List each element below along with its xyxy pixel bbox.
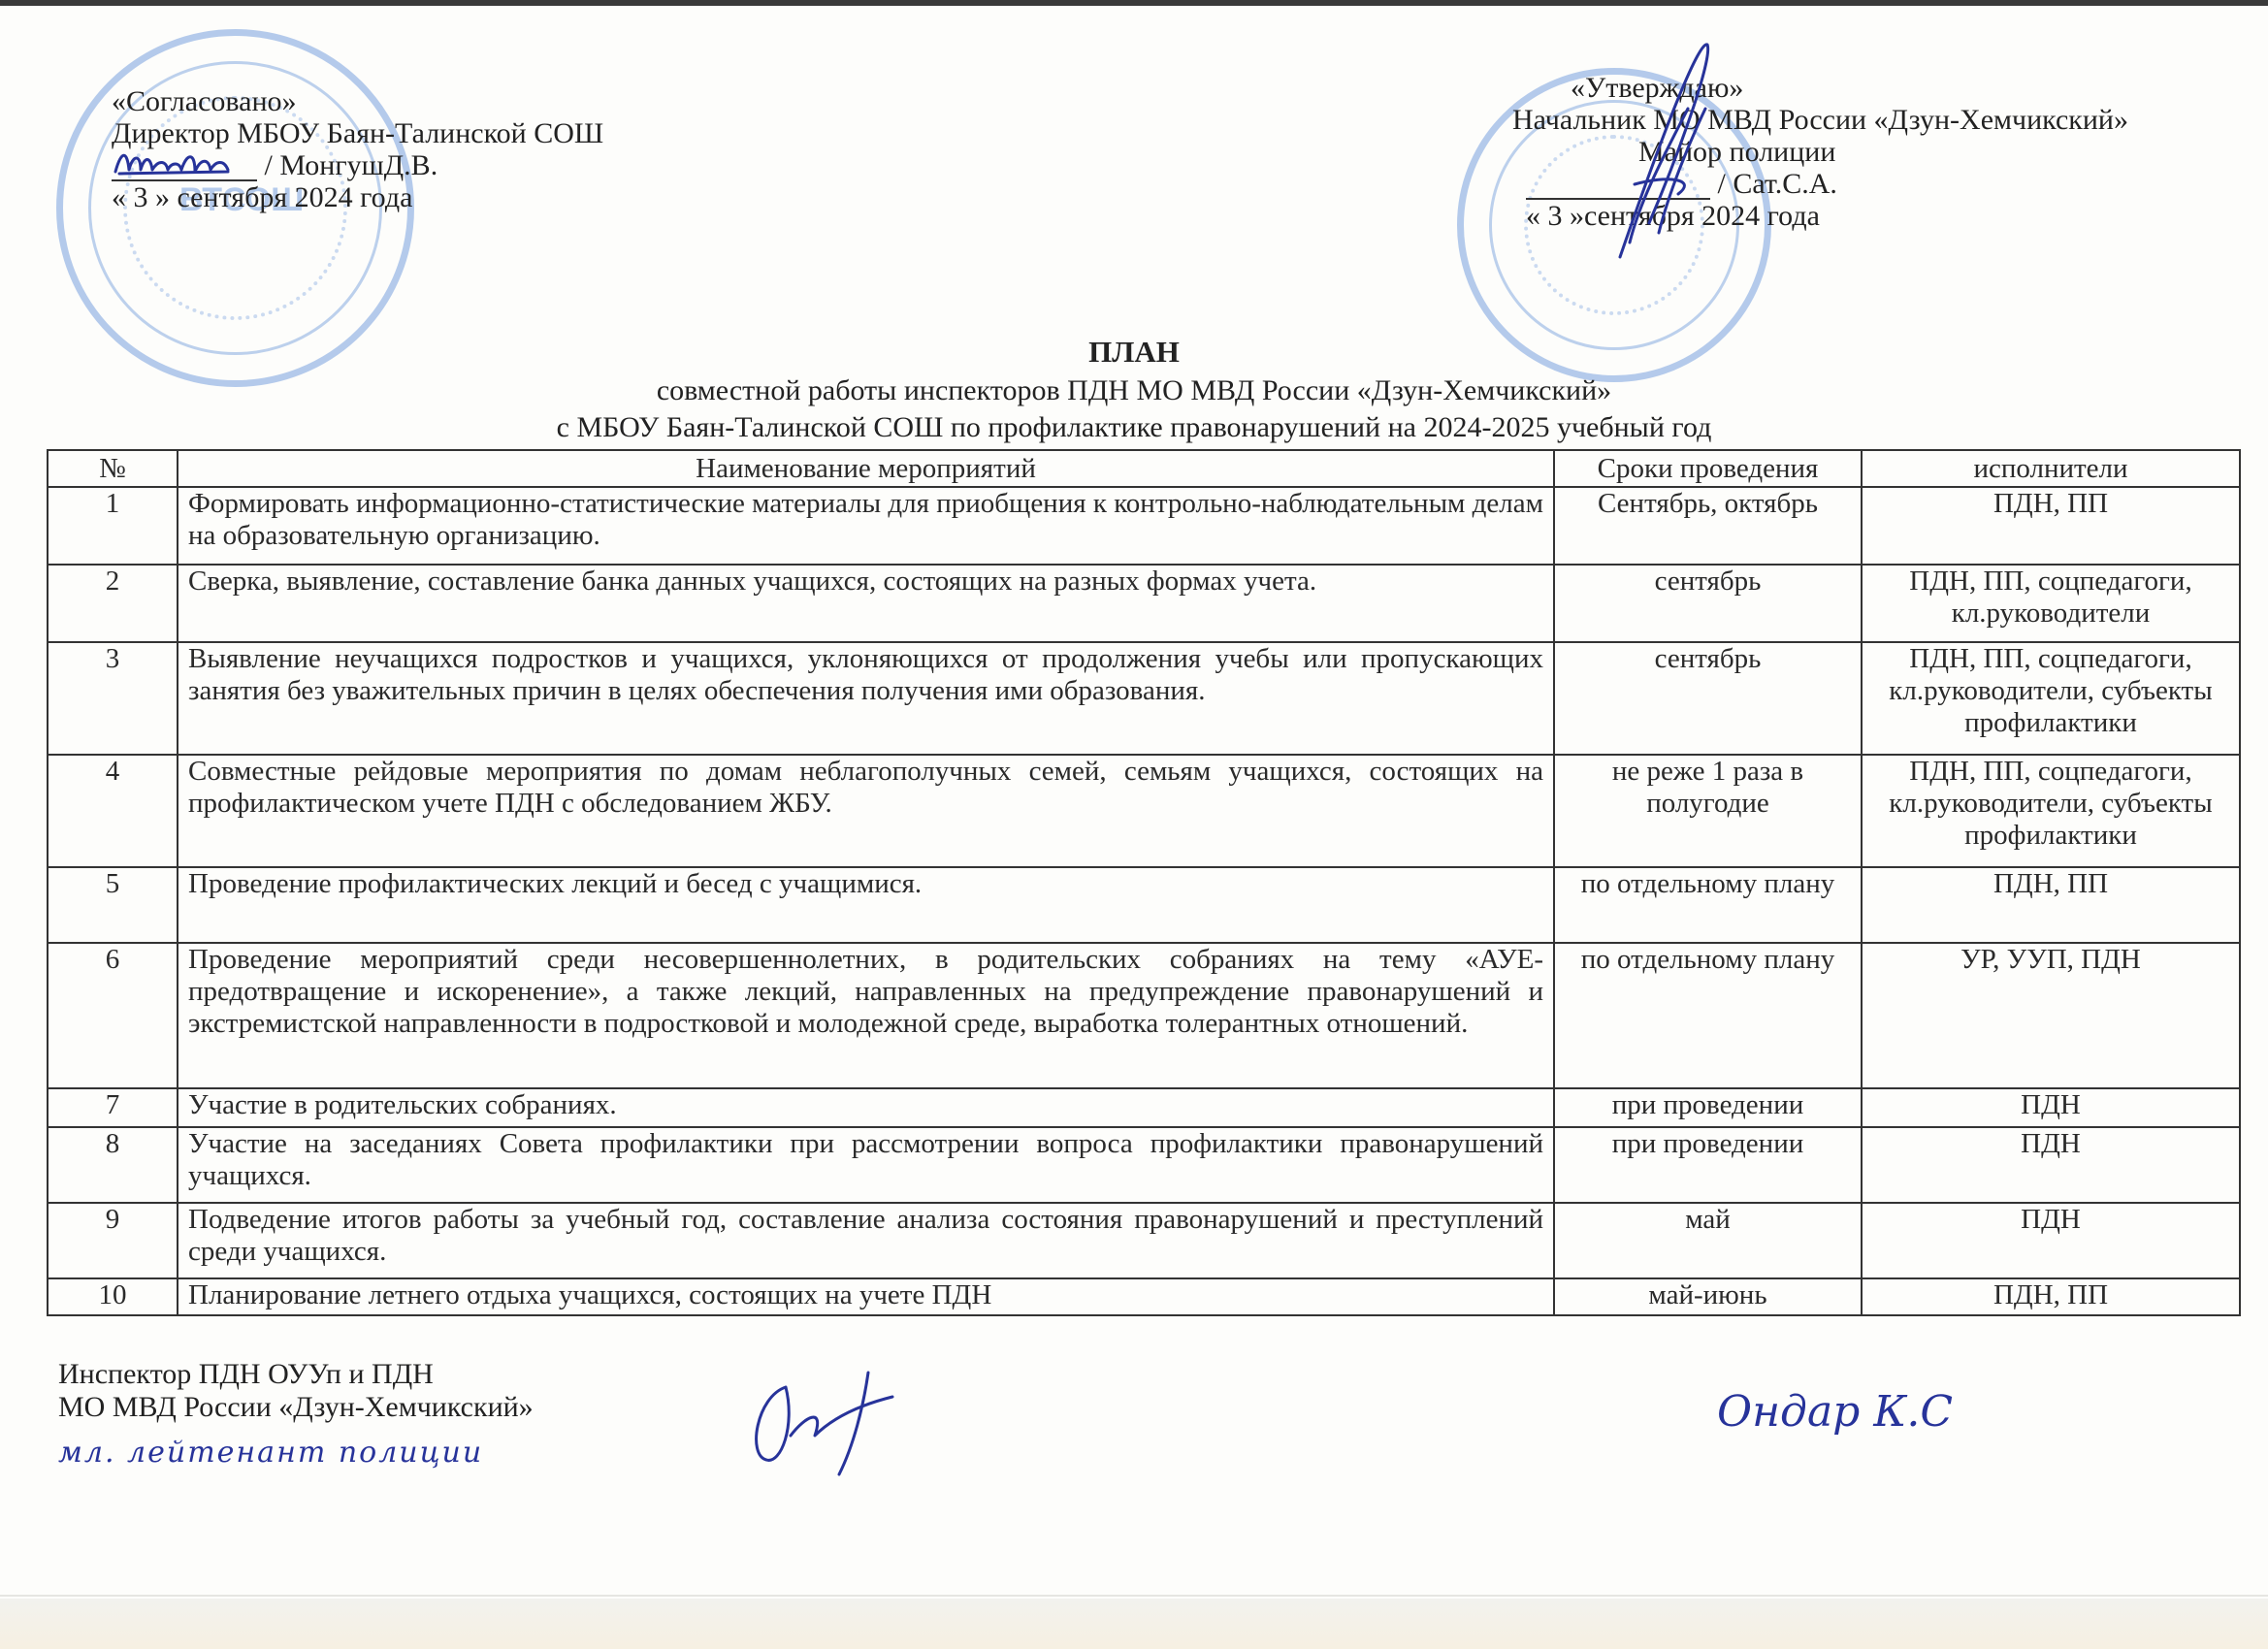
row-name: Планирование летнего отдыха учащихся, со… bbox=[178, 1278, 1554, 1315]
document-title: ПЛАН bbox=[0, 335, 2268, 370]
row-num: 8 bbox=[48, 1127, 178, 1203]
table-row: 1 Формировать информационно-статистическ… bbox=[48, 487, 2240, 565]
table-header-row: № Наименование мероприятий Сроки проведе… bbox=[48, 450, 2240, 487]
scan-fold-line bbox=[0, 1595, 2268, 1597]
row-performers: ПДН, ПП, соцпедагоги, кл.руководители bbox=[1862, 565, 2240, 642]
document-subtitle-line1: совместной работы инспекторов ПДН МО МВД… bbox=[0, 374, 2268, 407]
row-name: Выявление неучащихся подростков и учащих… bbox=[178, 642, 1554, 755]
table-row: 2 Сверка, выявление, составление банка д… bbox=[48, 565, 2240, 642]
handwritten-name: Ондар К.С bbox=[1717, 1387, 1953, 1437]
row-num: 1 bbox=[48, 487, 178, 565]
header-date: Сроки проведения bbox=[1554, 450, 1862, 487]
row-date: при проведении bbox=[1554, 1127, 1862, 1203]
row-num: 2 bbox=[48, 565, 178, 642]
row-performers: ПДН bbox=[1862, 1203, 2240, 1278]
approval-left-date: « 3 » сентября 2024 года bbox=[112, 181, 603, 213]
table-row: 9 Подведение итогов работы за учебный го… bbox=[48, 1203, 2240, 1278]
table-row: 5 Проведение профилактических лекций и б… bbox=[48, 867, 2240, 943]
row-performers: ПДН, ПП, соцпедагоги, кл.руководители, с… bbox=[1862, 755, 2240, 867]
row-num: 5 bbox=[48, 867, 178, 943]
row-name: Формировать информационно-статистические… bbox=[178, 487, 1554, 565]
row-date: май bbox=[1554, 1203, 1862, 1278]
row-date: май-июнь bbox=[1554, 1278, 1862, 1315]
table-row: 6 Проведение мероприятий среди несоверше… bbox=[48, 943, 2240, 1088]
row-num: 7 bbox=[48, 1088, 178, 1127]
approval-left-block: «Согласовано» Директор МБОУ Баян-Талинск… bbox=[112, 85, 603, 213]
plan-table: № Наименование мероприятий Сроки проведе… bbox=[47, 449, 2241, 1316]
row-date: по отдельному плану bbox=[1554, 943, 1862, 1088]
footer-inspector-block: Инспектор ПДН ОУУп и ПДН МО МВД России «… bbox=[58, 1358, 534, 1424]
approval-left-heading: «Согласовано» bbox=[112, 85, 603, 117]
row-performers: ПДН bbox=[1862, 1088, 2240, 1127]
row-performers: ПДН, ПП bbox=[1862, 487, 2240, 565]
row-name: Подведение итогов работы за учебный год,… bbox=[178, 1203, 1554, 1278]
scan-edge-top bbox=[0, 0, 2268, 6]
document-subtitle-line2: с МБОУ Баян-Талинской СОШ по профилактик… bbox=[0, 411, 2268, 444]
row-num: 3 bbox=[48, 642, 178, 755]
table-row: 10 Планирование летнего отдыха учащихся,… bbox=[48, 1278, 2240, 1315]
row-date: не реже 1 раза в полугодие bbox=[1554, 755, 1862, 867]
row-num: 10 bbox=[48, 1278, 178, 1315]
row-name: Проведение профилактических лекций и бес… bbox=[178, 867, 1554, 943]
row-performers: ПДН bbox=[1862, 1127, 2240, 1203]
header-performers: исполнители bbox=[1862, 450, 2240, 487]
row-date: при проведении bbox=[1554, 1088, 1862, 1127]
approval-left-signature-row: / МонгушД.В. bbox=[112, 149, 603, 181]
scan-edge-bottom bbox=[0, 1599, 2268, 1649]
row-num: 4 bbox=[48, 755, 178, 867]
footer-line1: Инспектор ПДН ОУУп и ПДН bbox=[58, 1358, 534, 1391]
row-name: Сверка, выявление, составление банка дан… bbox=[178, 565, 1554, 642]
row-name: Участие на заседаниях Совета профилактик… bbox=[178, 1127, 1554, 1203]
chief-signature-icon bbox=[1591, 39, 1727, 272]
row-name: Участие в родительских собраниях. bbox=[178, 1088, 1554, 1127]
row-performers: УР, УУП, ПДН bbox=[1862, 943, 2240, 1088]
row-date: сентябрь bbox=[1554, 642, 1862, 755]
row-date: сентябрь bbox=[1554, 565, 1862, 642]
row-num: 6 bbox=[48, 943, 178, 1088]
header-num: № bbox=[48, 450, 178, 487]
row-name: Совместные рейдовые мероприятия по домам… bbox=[178, 755, 1554, 867]
row-performers: ПДН, ПП, соцпедагоги, кл.руководители, с… bbox=[1862, 642, 2240, 755]
director-signature-icon bbox=[112, 143, 257, 181]
row-name: Проведение мероприятий среди несовершенн… bbox=[178, 943, 1554, 1088]
row-performers: ПДН, ПП bbox=[1862, 867, 2240, 943]
table-row: 7 Участие в родительских собраниях. при … bbox=[48, 1088, 2240, 1127]
handwritten-rank: мл. лейтенант полиции bbox=[58, 1436, 483, 1470]
table-row: 8 Участие на заседаниях Совета профилакт… bbox=[48, 1127, 2240, 1203]
row-performers: ПДН, ПП bbox=[1862, 1278, 2240, 1315]
header-name: Наименование мероприятий bbox=[178, 450, 1554, 487]
approval-left-name: / МонгушД.В. bbox=[265, 149, 438, 181]
table-row: 4 Совместные рейдовые мероприятия по дом… bbox=[48, 755, 2240, 867]
approval-right-name: / Сат.С.А. bbox=[1718, 168, 1837, 200]
row-num: 9 bbox=[48, 1203, 178, 1278]
footer-line2: МО МВД России «Дзун-Хемчикский» bbox=[58, 1391, 534, 1424]
signature-line bbox=[112, 154, 257, 181]
table-row: 3 Выявление неучащихся подростков и учащ… bbox=[48, 642, 2240, 755]
row-date: Сентябрь, октябрь bbox=[1554, 487, 1862, 565]
inspector-signature-icon bbox=[747, 1368, 941, 1484]
row-date: по отдельному плану bbox=[1554, 867, 1862, 943]
